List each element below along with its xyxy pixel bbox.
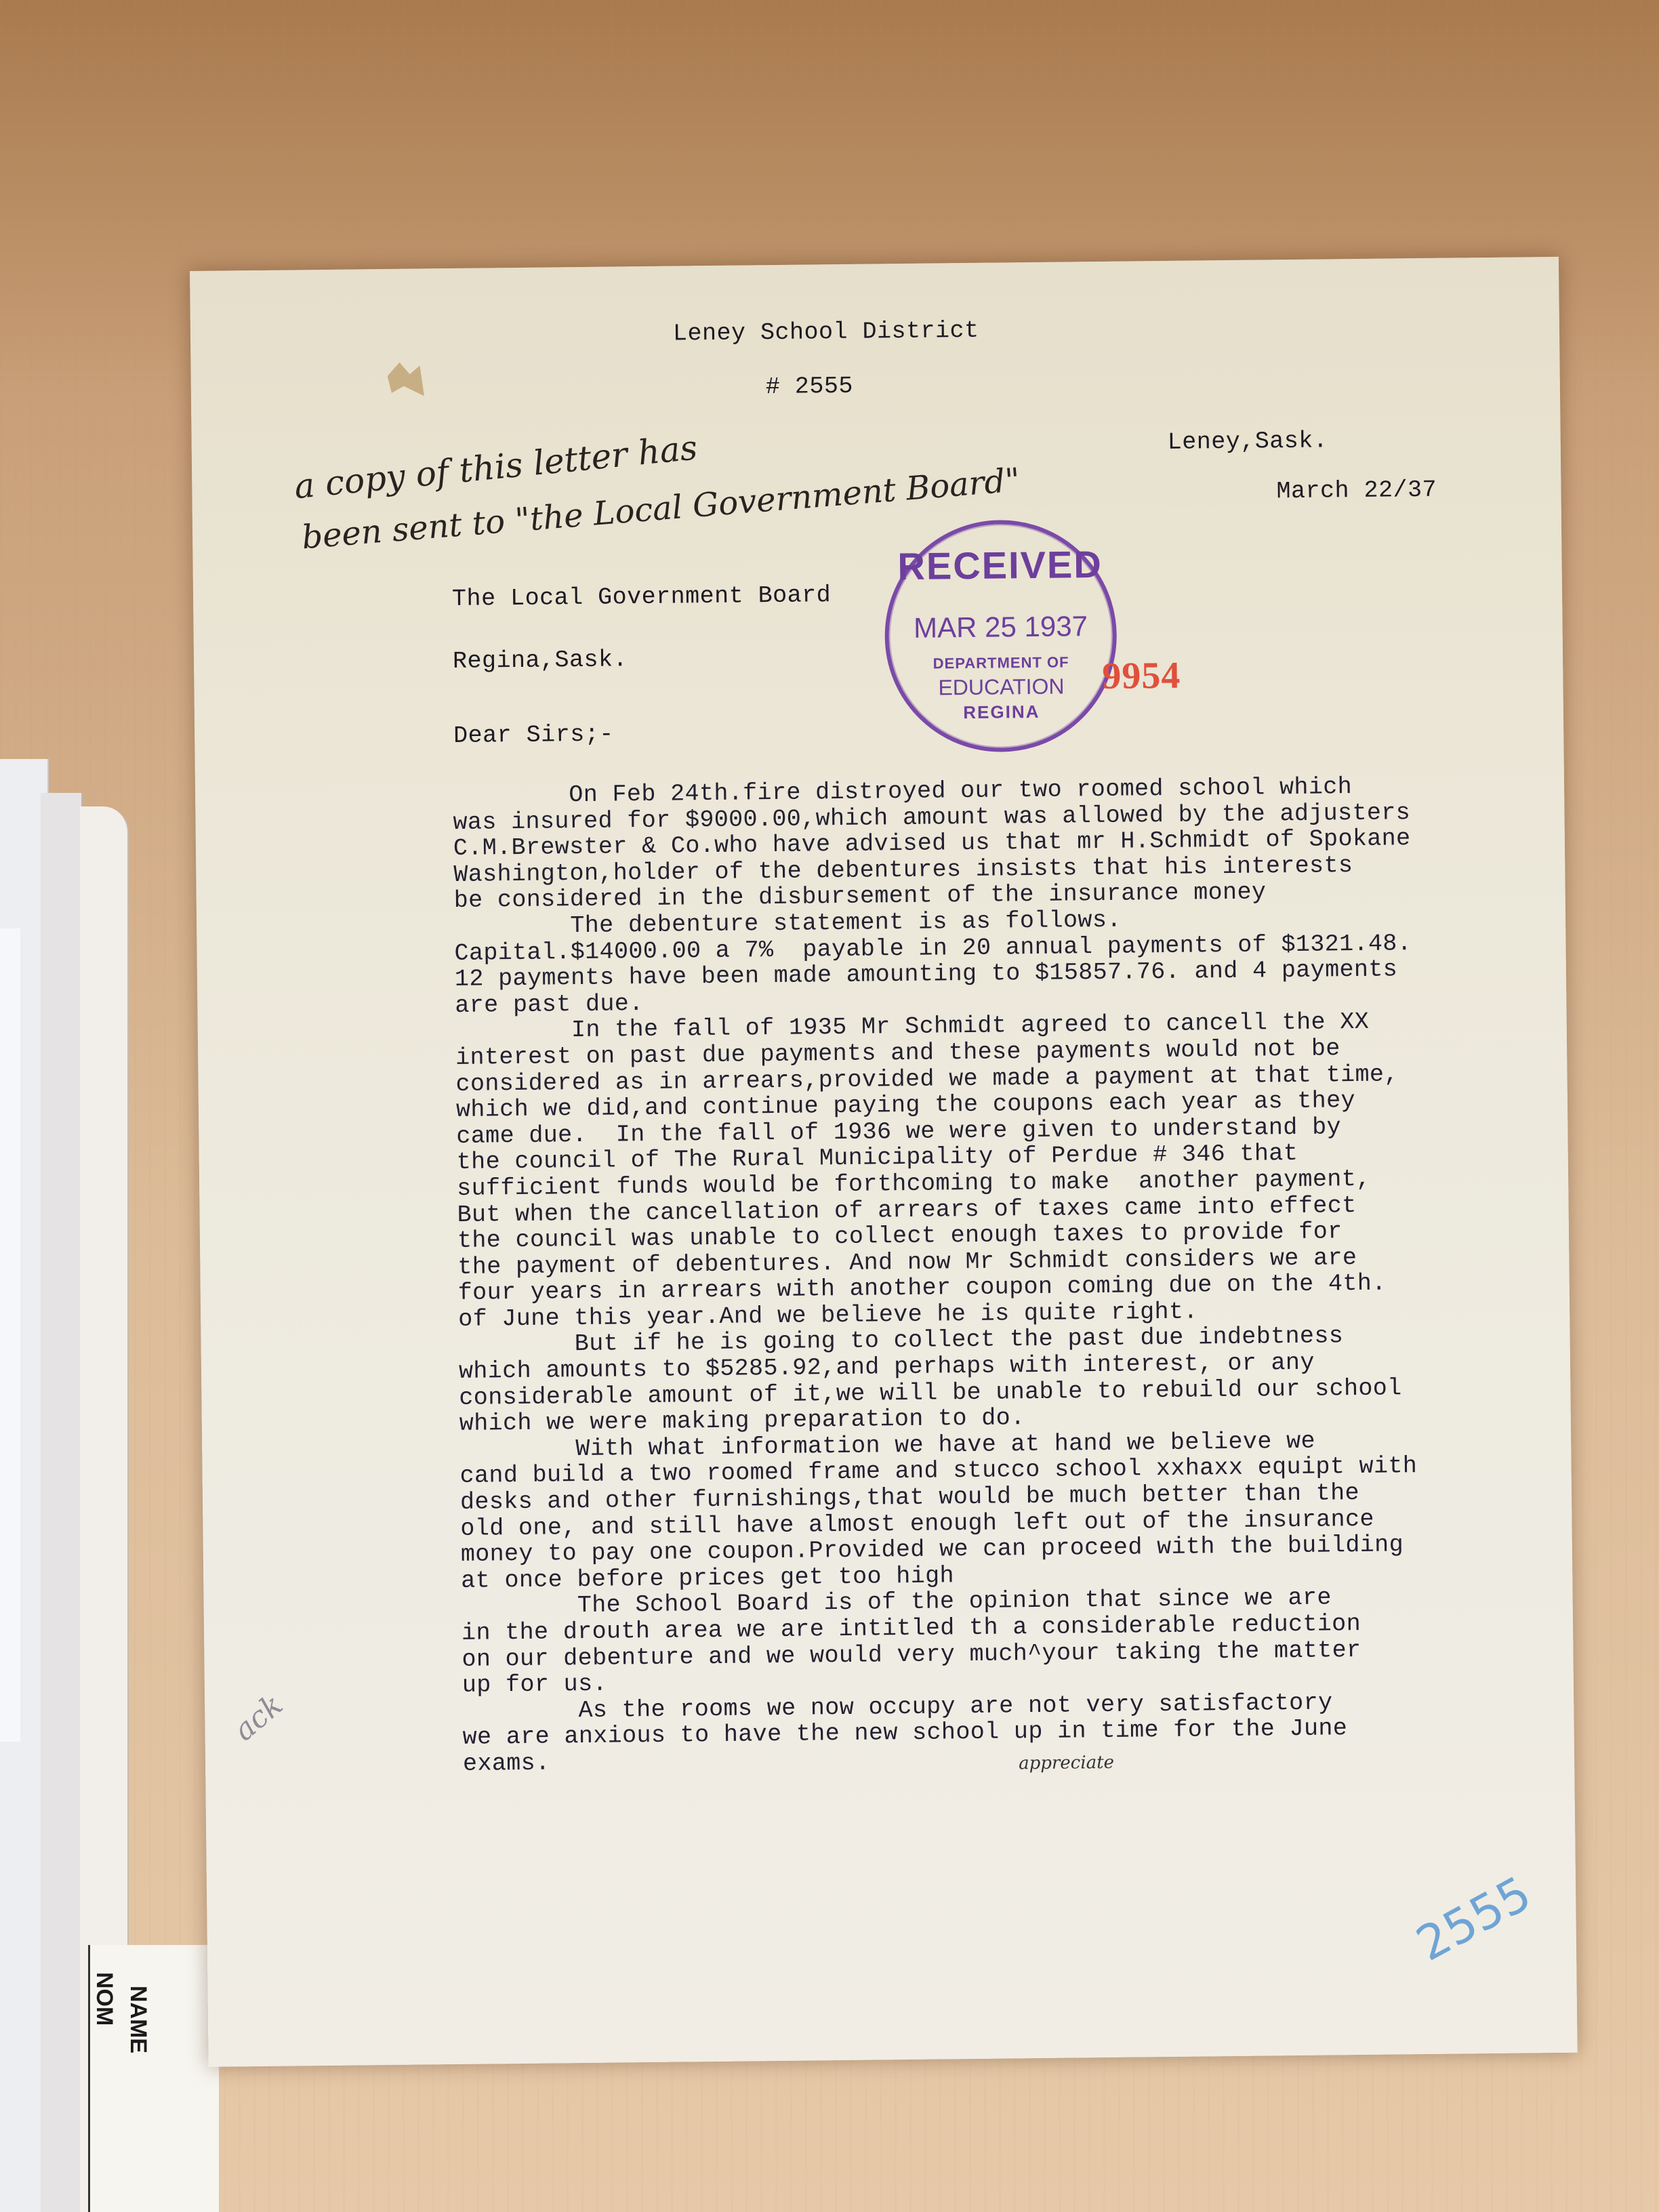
stamp-dept: DEPARTMENT OF xyxy=(889,653,1113,673)
folder-label-fr: NOM xyxy=(91,1972,117,2026)
registry-number: 9954 xyxy=(1102,654,1181,698)
inserted-word-annotation: appreciate xyxy=(1019,1753,1114,1774)
recipient-city: Regina,Sask. xyxy=(453,646,628,675)
stamp-header: RECEIVED xyxy=(888,542,1112,588)
letter-body: On Feb 24th.fire distroyed our two roome… xyxy=(453,772,1534,1777)
letter-date: March 22/37 xyxy=(1276,476,1437,505)
stamp-date: MAR 25 1937 xyxy=(888,610,1112,644)
blue-file-number: 2555 xyxy=(1408,1866,1540,1972)
folder-sheet xyxy=(0,928,20,1742)
stamp-city: REGINA xyxy=(890,701,1113,724)
recipient-name: The Local Government Board xyxy=(452,581,831,613)
sender-location: Leney,Sask. xyxy=(1168,427,1328,455)
received-stamp: RECEIVED MAR 25 1937 DEPARTMENT OF EDUCA… xyxy=(884,519,1118,754)
margin-pencil-mark: ack xyxy=(227,1687,289,1748)
letter-page: Leney School District # 2555 Leney,Sask.… xyxy=(190,257,1578,2067)
letterhead-title: Leney School District xyxy=(673,317,979,348)
torn-spot xyxy=(387,362,428,396)
folder-name-tab: NAME NOM xyxy=(88,1945,219,2212)
folder-sheet xyxy=(41,793,83,2212)
folder-label-en: NAME xyxy=(125,1986,151,2053)
salutation: Dear Sirs;- xyxy=(453,720,614,749)
district-number: # 2555 xyxy=(766,373,853,401)
stamp-education: EDUCATION xyxy=(889,674,1113,701)
